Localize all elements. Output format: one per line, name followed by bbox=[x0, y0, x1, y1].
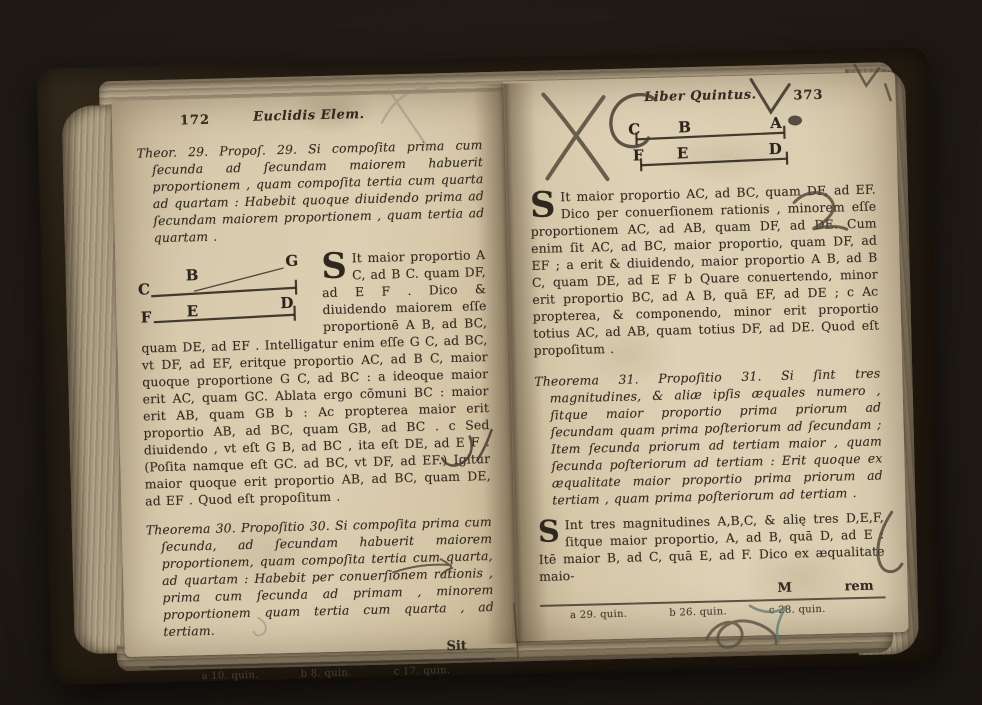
drop-cap-s: S bbox=[321, 249, 352, 281]
right-page-header: Liber Quintus. 373 bbox=[527, 85, 873, 113]
proof-29-paragraph: C B G F E D S It maior proportio A C, ad… bbox=[139, 246, 491, 509]
photo-background: { "colors": { "background": "#1d1813", "… bbox=[0, 0, 982, 705]
footnote-c: c 28. quin. bbox=[769, 604, 826, 616]
diagram-label: F bbox=[633, 146, 644, 164]
drop-cap-s: S bbox=[530, 188, 561, 220]
right-catchword: rem bbox=[844, 579, 873, 595]
diagram-line bbox=[154, 315, 295, 322]
proof-31-text: Int tres magnitudines A,B,C, & alię tres… bbox=[539, 509, 885, 583]
signature-mark: M bbox=[777, 581, 792, 596]
diagram-label: A bbox=[769, 114, 782, 132]
footnote-b: b 26. quin. bbox=[669, 606, 727, 618]
proof-30-text: It maior proportio AC, ad BC, quam DF, a… bbox=[531, 182, 880, 358]
left-geometry-diagram: C B G F E D bbox=[137, 252, 315, 336]
left-page-header: 172 Euclidis Elem. bbox=[136, 104, 482, 132]
diagram-label: E bbox=[677, 144, 689, 162]
diagram-line bbox=[151, 288, 296, 297]
proof-31-paragraph: S Int tres magnitudines A,B,C, & alię tr… bbox=[538, 508, 886, 584]
right-page-number: 373 bbox=[793, 88, 823, 104]
diagram-label: B bbox=[678, 118, 691, 136]
theorem-31-statement: Theorema 31. Propoſitio 31. Si ſint tres… bbox=[534, 364, 883, 508]
diagram-label: E bbox=[186, 302, 198, 320]
diagram-label: G bbox=[285, 252, 298, 270]
drop-cap-s: S bbox=[538, 516, 566, 546]
diagram-line bbox=[636, 133, 784, 140]
diagram-label: F bbox=[140, 308, 151, 326]
footnote-a: a 29. quin. bbox=[570, 609, 627, 621]
diagram-label: C bbox=[138, 280, 151, 298]
diagram-label: B bbox=[185, 266, 198, 284]
left-page: 172 Euclidis Elem. Theor. 29. Propoſ. 29… bbox=[111, 92, 516, 657]
footnote-a: a 10. quin. bbox=[201, 670, 258, 682]
diagram-line bbox=[194, 268, 284, 291]
diagram-label: D bbox=[769, 140, 782, 158]
proof-30-paragraph: S It maior proportio AC, ad BC, quam DF,… bbox=[530, 181, 880, 359]
diagram-label: C bbox=[628, 120, 640, 138]
diagram-line bbox=[641, 159, 787, 166]
theorem-29-statement: Theor. 29. Propoſ. 29. Si compoſita prim… bbox=[136, 136, 484, 246]
left-catchword: Sit bbox=[446, 639, 467, 654]
right-geometry-diagram: C B A F E D bbox=[624, 114, 805, 178]
theorem-30-statement: Theorema 30. Propoſitio 30. Si compoſita… bbox=[146, 513, 495, 640]
diagram-label: D bbox=[280, 294, 294, 312]
footnote-c: c 17. quin. bbox=[393, 665, 450, 677]
footnote-b: b 8. quin. bbox=[301, 667, 352, 679]
book: 172 Euclidis Elem. Theor. 29. Propoſ. 29… bbox=[37, 47, 944, 685]
right-page: Liber Quintus. 373 C B A F E D S It maio… bbox=[503, 72, 909, 641]
left-running-header: Euclidis Elem. bbox=[136, 104, 482, 127]
